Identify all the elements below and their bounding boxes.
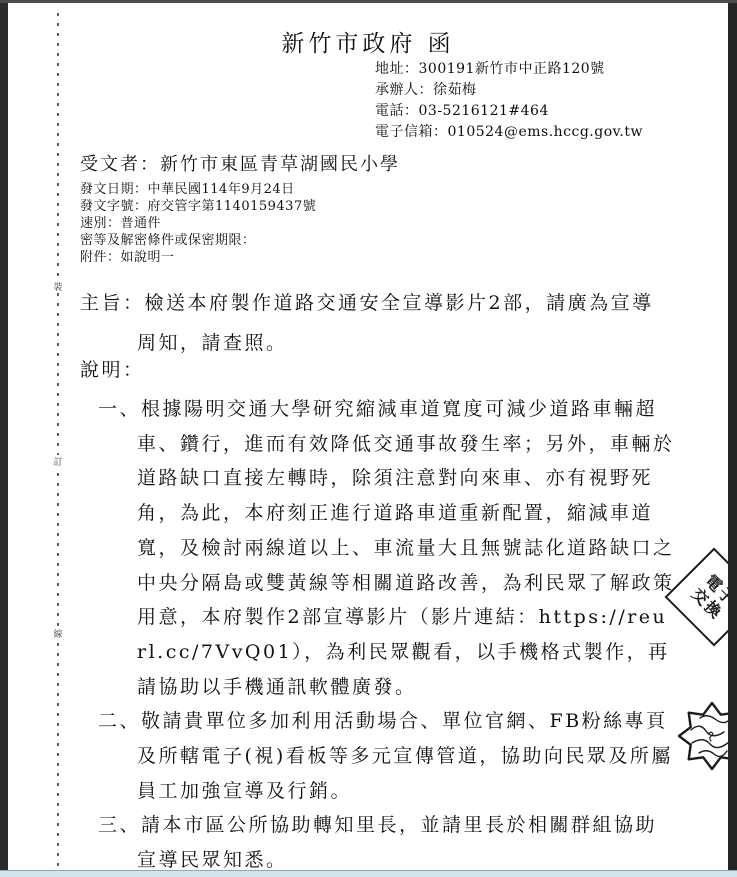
binding-mark-zhuang: 裝	[50, 280, 66, 293]
item-3-number: 三、	[98, 814, 141, 836]
binding-dotted-line	[57, 13, 59, 868]
sender-email: 電子信箱：010524@ems.hccg.gov.tw	[375, 122, 643, 143]
subject-label: 主旨：	[80, 292, 145, 314]
item-2-number: 二、	[98, 710, 141, 732]
viewer-stage: 裝 訂 線 新竹市政府 函 地址：300191新竹市中正路120號 承辦人：徐茹…	[0, 0, 737, 877]
item-1-number: 一、	[98, 398, 141, 420]
viewer-top-border	[0, 0, 737, 3]
meta-issue-date: 發文日期：中華民國114年9月24日	[80, 181, 316, 198]
sender-phone: 電話：03-5216121#464	[375, 101, 643, 122]
binding-mark-ding: 訂	[50, 455, 66, 468]
sender-contact: 承辦人：徐茹梅	[375, 80, 643, 101]
meta-doc-number: 發文字號：府交管字第1140159437號	[80, 198, 316, 215]
explanation-label: 說明：	[80, 355, 145, 382]
electronic-exchange-stamp-text: 電子交換	[687, 570, 728, 624]
item-3-text: 請本市區公所協助轉知里長，並請里長於相關群組協助宣導民眾知悉。	[137, 814, 657, 871]
meta-block: 發文日期：中華民國114年9月24日 發文字號：府交管字第1140159437號…	[80, 181, 316, 266]
subject-paragraph: 主旨：檢送本府製作道路交通安全宣導影片2部，請廣為宣導周知，請查照。	[80, 283, 664, 363]
document-title: 新竹市政府 函	[8, 25, 728, 58]
explanation-items: 一、根據陽明交通大學研究縮減車道寬度可減少道路車輛超車、鑽行，進而有效降低交通事…	[98, 392, 676, 877]
meta-speed-class: 速別：普通件	[80, 215, 316, 232]
viewer-left-border	[0, 0, 8, 877]
explanation-item-2: 二、敬請貴單位多加利用活動場合、單位官網、FB粉絲專頁及所轄電子(視)看板等多元…	[98, 704, 676, 808]
item-2-text: 敬請貴單位多加利用活動場合、單位官網、FB粉絲專頁及所轄電子(視)看板等多元宣傳…	[137, 710, 673, 801]
recipient-line: 受文者：新竹市東區青草湖國民小學	[80, 150, 400, 176]
item-1-text: 根據陽明交通大學研究縮減車道寬度可減少道路車輛超車、鑽行，進而有效降低交通事故發…	[137, 398, 675, 698]
sender-address: 地址：300191新竹市中正路120號	[375, 59, 643, 80]
subject-text: 檢送本府製作道路交通安全宣導影片2部，請廣為宣導周知，請查照。	[137, 292, 654, 354]
binding-mark-xian: 線	[50, 627, 66, 640]
sender-info-block: 地址：300191新竹市中正路120號 承辦人：徐茹梅 電話：03-521612…	[375, 59, 643, 143]
official-seal-fragment-icon	[677, 698, 728, 774]
viewer-right-border	[728, 0, 737, 877]
document-page: 裝 訂 線 新竹市政府 函 地址：300191新竹市中正路120號 承辦人：徐茹…	[8, 3, 728, 877]
explanation-item-1: 一、根據陽明交通大學研究縮減車道寬度可減少道路車輛超車、鑽行，進而有效降低交通事…	[98, 392, 676, 704]
meta-attachment: 附件：如說明一	[80, 249, 316, 266]
explanation-item-3: 三、請本市區公所協助轉知里長，並請里長於相關群組協助宣導民眾知悉。	[98, 808, 676, 877]
meta-security-class: 密等及解密條件或保密期限：	[80, 232, 316, 249]
viewer-bottom-bar	[0, 870, 737, 877]
